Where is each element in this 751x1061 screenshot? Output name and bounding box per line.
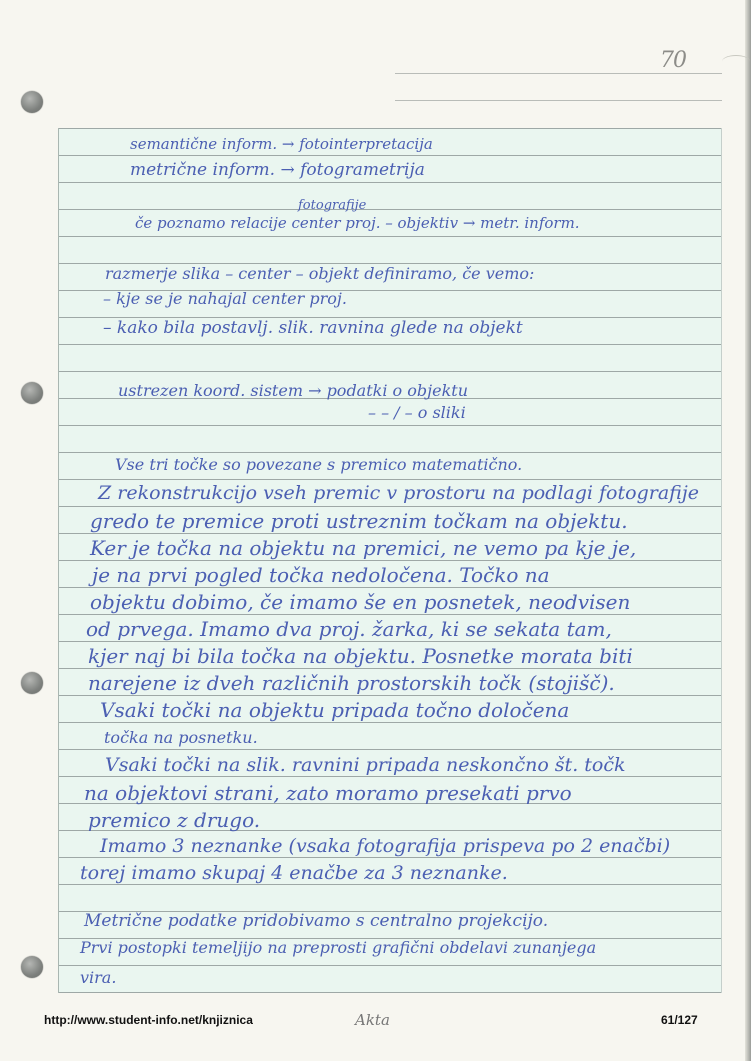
- note-line-coord-system: ustrezen koord. sistem → podatki o objek…: [118, 383, 468, 399]
- paragraph-line: Vse tri točke so povezane s premico mate…: [115, 457, 522, 473]
- paragraph-line: premico z drugo.: [88, 810, 260, 830]
- paragraph-line: točka na posnetku.: [104, 730, 258, 746]
- binder-hole-icon: [21, 956, 43, 978]
- paragraph-line: vira.: [80, 970, 116, 986]
- paper-curl: [722, 55, 750, 68]
- paragraph-line: Metrične podatke pridobivamo s centralno…: [84, 913, 548, 930]
- handwritten-page-number: 70: [660, 48, 686, 73]
- paragraph-line: Z rekonstrukcijo vseh premic v prostoru …: [98, 484, 699, 503]
- paragraph-line: Ker je točka na objektu na premici, ne v…: [90, 538, 636, 558]
- note-line-ratio: razmerje slika – center – objekt definir…: [105, 266, 534, 282]
- note-line-where-center: – kje se je nahajal center proj.: [103, 291, 347, 307]
- footer-source-link[interactable]: http://www.student-info.net/knjiznica: [44, 1013, 253, 1027]
- note-annotation-fotografije: fotografije: [298, 199, 366, 212]
- paragraph-line: od prvega. Imamo dva proj. žarka, ki se …: [86, 619, 612, 639]
- paragraph-line: Vsaki točki na objektu pripada točno dol…: [100, 700, 569, 720]
- header-rule-1: [395, 73, 722, 74]
- paragraph-line: objektu dobimo, če imamo še en posnetek,…: [90, 592, 630, 612]
- note-line-about-image: – – / – o sliki: [368, 405, 466, 421]
- paragraph-line: narejene iz dveh različnih prostorskih t…: [88, 673, 615, 693]
- paragraph-line: gredo te premice proti ustreznim točkam …: [90, 511, 628, 531]
- paragraph-line: je na prvi pogled točka nedoločena. Točk…: [92, 565, 550, 585]
- paragraph-line: torej imamo skupaj 4 enačbe za 3 neznank…: [80, 864, 508, 883]
- binder-hole-icon: [21, 382, 43, 404]
- paragraph-line: Vsaki točki na slik. ravnini pripada nes…: [105, 756, 626, 775]
- paragraph-line: kjer naj bi bila točka na objektu. Posne…: [88, 646, 633, 666]
- paragraph-line: na objektovi strani, zato moramo preseka…: [84, 783, 572, 803]
- note-line-image-plane: – kako bila postavlj. slik. ravnina gled…: [103, 320, 523, 337]
- page-edge-shadow: [745, 0, 751, 1061]
- binder-hole-icon: [21, 91, 43, 113]
- note-line-relations: če poznamo relacije center proj. – objek…: [135, 216, 580, 231]
- page-counter: 61/127: [661, 1013, 698, 1027]
- binder-hole-icon: [21, 672, 43, 694]
- paragraph-line: Imamo 3 neznanke (vsaka fotografija pris…: [100, 837, 670, 856]
- note-line-semantic: semantične inform. → fotointerpretacija: [130, 137, 433, 152]
- paragraph-line: Prvi postopki temeljijo na preprosti gra…: [80, 940, 596, 956]
- paper-brand-logo: Akta: [355, 1011, 390, 1029]
- note-line-metric: metrične inform. → fotogrametrija: [130, 162, 425, 179]
- header-rule-2: [395, 100, 722, 101]
